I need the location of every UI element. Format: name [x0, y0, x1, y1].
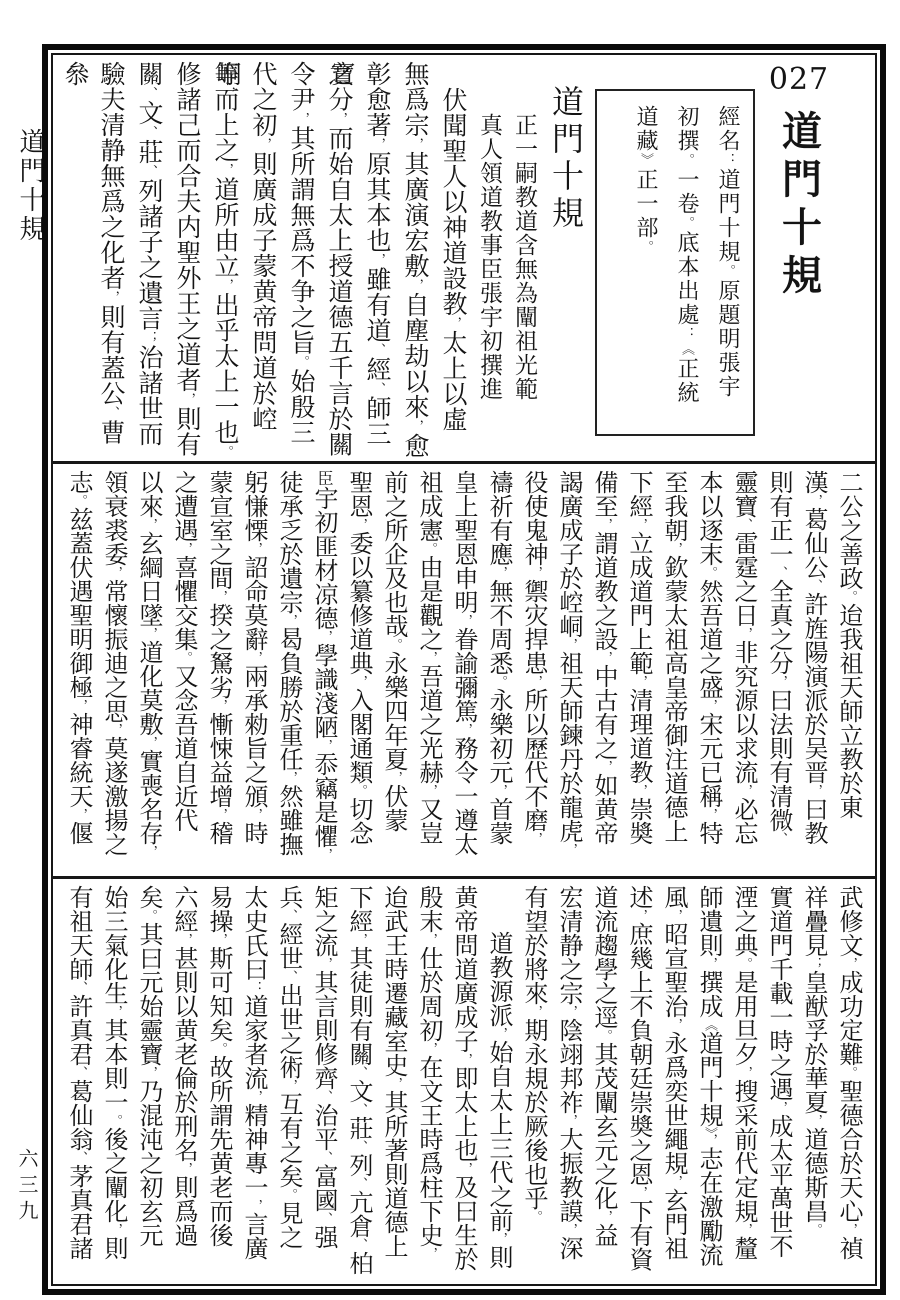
text-column: 師遺則，撰成《道門十規》，志在激勵流 [701, 885, 727, 1284]
text-column: 殷末，仕於周初，在文王時爲柱下史， [421, 885, 447, 1284]
text-column: 修諸己而合夫内聖外王之道者，則有 [177, 61, 205, 461]
text-column: 聖恩，委以纂修道典，入閣通類。切念 [351, 470, 377, 876]
text-column: 有祖天師、許真君、葛仙翁、茅真君諸 [71, 885, 97, 1284]
text-column: 下經，其徒則有關、文、莊、列、亢倉、柏 [351, 885, 377, 1284]
text-column: 之遭遇，喜懼交集。又念吾道自近代 [176, 470, 202, 876]
text-column: 蒙宣室之間，揆之駑劣，慚悚益增，稽 [211, 470, 237, 876]
text-column: 則有正一、全真之分，曰法則有清微、 [771, 470, 797, 876]
colophon-box: 經名：道門十規。原題明張宇初撰。一卷。底本出處：《正統道藏》正一部。 [595, 89, 755, 436]
text-column: 役使鬼神，禦灾捍患，所以歷代不磨， [526, 470, 552, 876]
header-block: 027 道門十規 經名：道門十規。原題明張宇初撰。一卷。底本出處：《正統道藏》正… [589, 61, 867, 461]
text-column: 兵、經世、出世之術，互有之矣。見之 [281, 885, 307, 1284]
text-column: 太史氏曰：道家者流，精神專一，言廣 [246, 885, 272, 1284]
text-column: 矩之流，其言則修齊、治平、富國、强 [316, 885, 342, 1284]
text-column: 道流趨學之逕。其茂闡玄元之化，益 [596, 885, 622, 1284]
colophon-column: 道藏》正一部。 [635, 105, 661, 420]
text-column: 迨武王時遷藏室史，其所著則道德上 [386, 885, 412, 1284]
register-bottom: 武修文，成功定難。聖德合於天心，禎祥疊見；皇猷孚於華夏，道德斯昌。實道門千載一時… [53, 879, 875, 1284]
text-column: 易操，斯可知矣。故所謂先黄老而後 [211, 885, 237, 1284]
text-column: 前之所企及也哉。永樂四年夏，伏蒙 [386, 470, 412, 876]
text-column: 臣宇初匪材凉德，學識淺陋，忝竊是懼， [316, 470, 342, 876]
text-column: 令尹，其所謂無爲不争之旨。始殷三 [291, 61, 319, 461]
text-column: 至我朝，欽蒙太祖高皇帝御注道德上 [666, 470, 692, 876]
register-middle: 二公之善政。迨我祖天師立教於東漢，葛仙公、許旌陽演派於吴晋，曰教則有正一、全真之… [53, 464, 875, 876]
page-number: 六三九 [13, 1148, 42, 1226]
text-column: 禱祈有應，無不周悉。永樂初元，首蒙 [491, 470, 517, 876]
text-column: 皇上聖恩申明，眷諭彌篤，務令一遵太 [456, 470, 482, 876]
text-column: 關、文、莊、列諸子之遺言；治諸世而 [139, 61, 167, 461]
page-frame: 027 道門十規 經名：道門十規。原題明張宇初撰。一卷。底本出處：《正統道藏》正… [42, 44, 886, 1295]
text-column: 湮之典。是用旦夕，搜采前代定規，釐 [736, 885, 762, 1284]
catalog-block: 027 道門十規 [763, 63, 835, 302]
text-column: 本以逐末。然吾道之盛，宋元已稱，特 [701, 470, 727, 876]
text-column: 代之初，則廣成子蒙黄帝問道於崆峒， [253, 61, 281, 461]
text-column: 伏聞聖人以神道設教，太上以虛 [443, 61, 471, 461]
text-column: 驗夫清静無爲之化者，則有蓋公、曹叅 [101, 61, 129, 461]
credit-column: 正一嗣教道含無為闡祖光範 [514, 61, 541, 461]
text-column: 黄帝問道廣成子，即太上也，及曰生於 [456, 885, 482, 1284]
text-column: 志。兹蓋伏遇聖明御極，神睿統天，偃 [71, 470, 97, 876]
text-column: 武修文，成功定難。聖德合於天心，禎 [841, 885, 867, 1284]
text-column: 道教源派，始自太上三代之前，則 [491, 885, 517, 1284]
text-column: 六經，甚則以黄老倫於刑名，則爲過 [176, 885, 202, 1284]
inner-frame: 027 道門十規 經名：道門十規。原題明張宇初撰。一卷。底本出處：《正統道藏》正… [51, 53, 877, 1286]
text-column: 彰愈著，原其本也，雖有道、經、師三寶 [367, 61, 395, 461]
text-column: 之分，而始自太上授道德五千言於關 [329, 61, 357, 461]
text-column: 祖成憲。由是觀之，吾道之光赫，又豈 [421, 470, 447, 876]
text-column: 領衰裘委，常懷振迪之思，莫遂激揚之 [106, 470, 132, 876]
text-column: 風，昭宣聖治，永爲奕世繩規，玄門祖 [666, 885, 692, 1284]
text-column: 祥疊見；皇猷孚於華夏，道德斯昌。 [806, 885, 832, 1284]
register-top-text: 道門十規 正一嗣教道含無為闡祖光範真人領道教事臣張宇初撰進 伏聞聖人以神道設教，… [63, 61, 589, 461]
text-column: 二公之善政。迨我祖天師立教於東 [841, 470, 867, 876]
text-column: 謁廣成子於崆峒，祖天師鍊丹於龍虎， [561, 470, 587, 876]
colophon-column: 經名：道門十規。原題明張宇 [717, 105, 743, 420]
text-column: 等而上之，道所由立，出乎太上一也。 [215, 61, 243, 461]
text-column: 矣。其曰元始靈寶，乃混沌之初玄元 [141, 885, 167, 1284]
text-column: 下經，立成道門上範，清理道教，崇奬 [631, 470, 657, 876]
section-title: 道門十規 [547, 61, 589, 461]
credit-column: 真人領道教事臣張宇初撰進 [479, 61, 506, 461]
text-column: 徒承乏於遺宗，曷負勝於重任，然雖撫 [281, 470, 307, 876]
text-column: 宏清静之宗，陰翊邦祚，大振教謨，深 [561, 885, 587, 1284]
register-top: 027 道門十規 經名：道門十規。原題明張宇初撰。一卷。底本出處：《正統道藏》正… [53, 55, 875, 461]
text-column: 實道門千載一時之遇，成太平萬世不 [771, 885, 797, 1284]
text-column: 以來，玄綱日墜，道化莫敷，實喪名存， [141, 470, 167, 876]
text-column: 無爲宗，其廣演宏敷，自塵劫以來，愈 [405, 61, 433, 461]
text-column: 有望於將來，期永規於厥後也乎。 [526, 885, 552, 1284]
catalog-number: 027 [763, 63, 835, 96]
text-column: 述，庶幾上不負朝廷崇奬之恩，下有資 [631, 885, 657, 1284]
text-column: 備至，謂道教之設，中古有之，如黄帝 [596, 470, 622, 876]
text-column: 靈寶、雷霆之日，非究源以求流，必忘 [736, 470, 762, 876]
volume-title: 道門十規 [771, 110, 828, 302]
text-column: 躬慊慄，詔命莫辭，兩承勑旨之頒，時 [246, 470, 272, 876]
text-column: 漢，葛仙公、許旌陽演派於吴晋，曰教 [806, 470, 832, 876]
text-column: 始三氣化生，其本則一。後之闡化，則 [106, 885, 132, 1284]
colophon-column: 初撰。一卷。底本出處：《正統 [676, 105, 702, 420]
